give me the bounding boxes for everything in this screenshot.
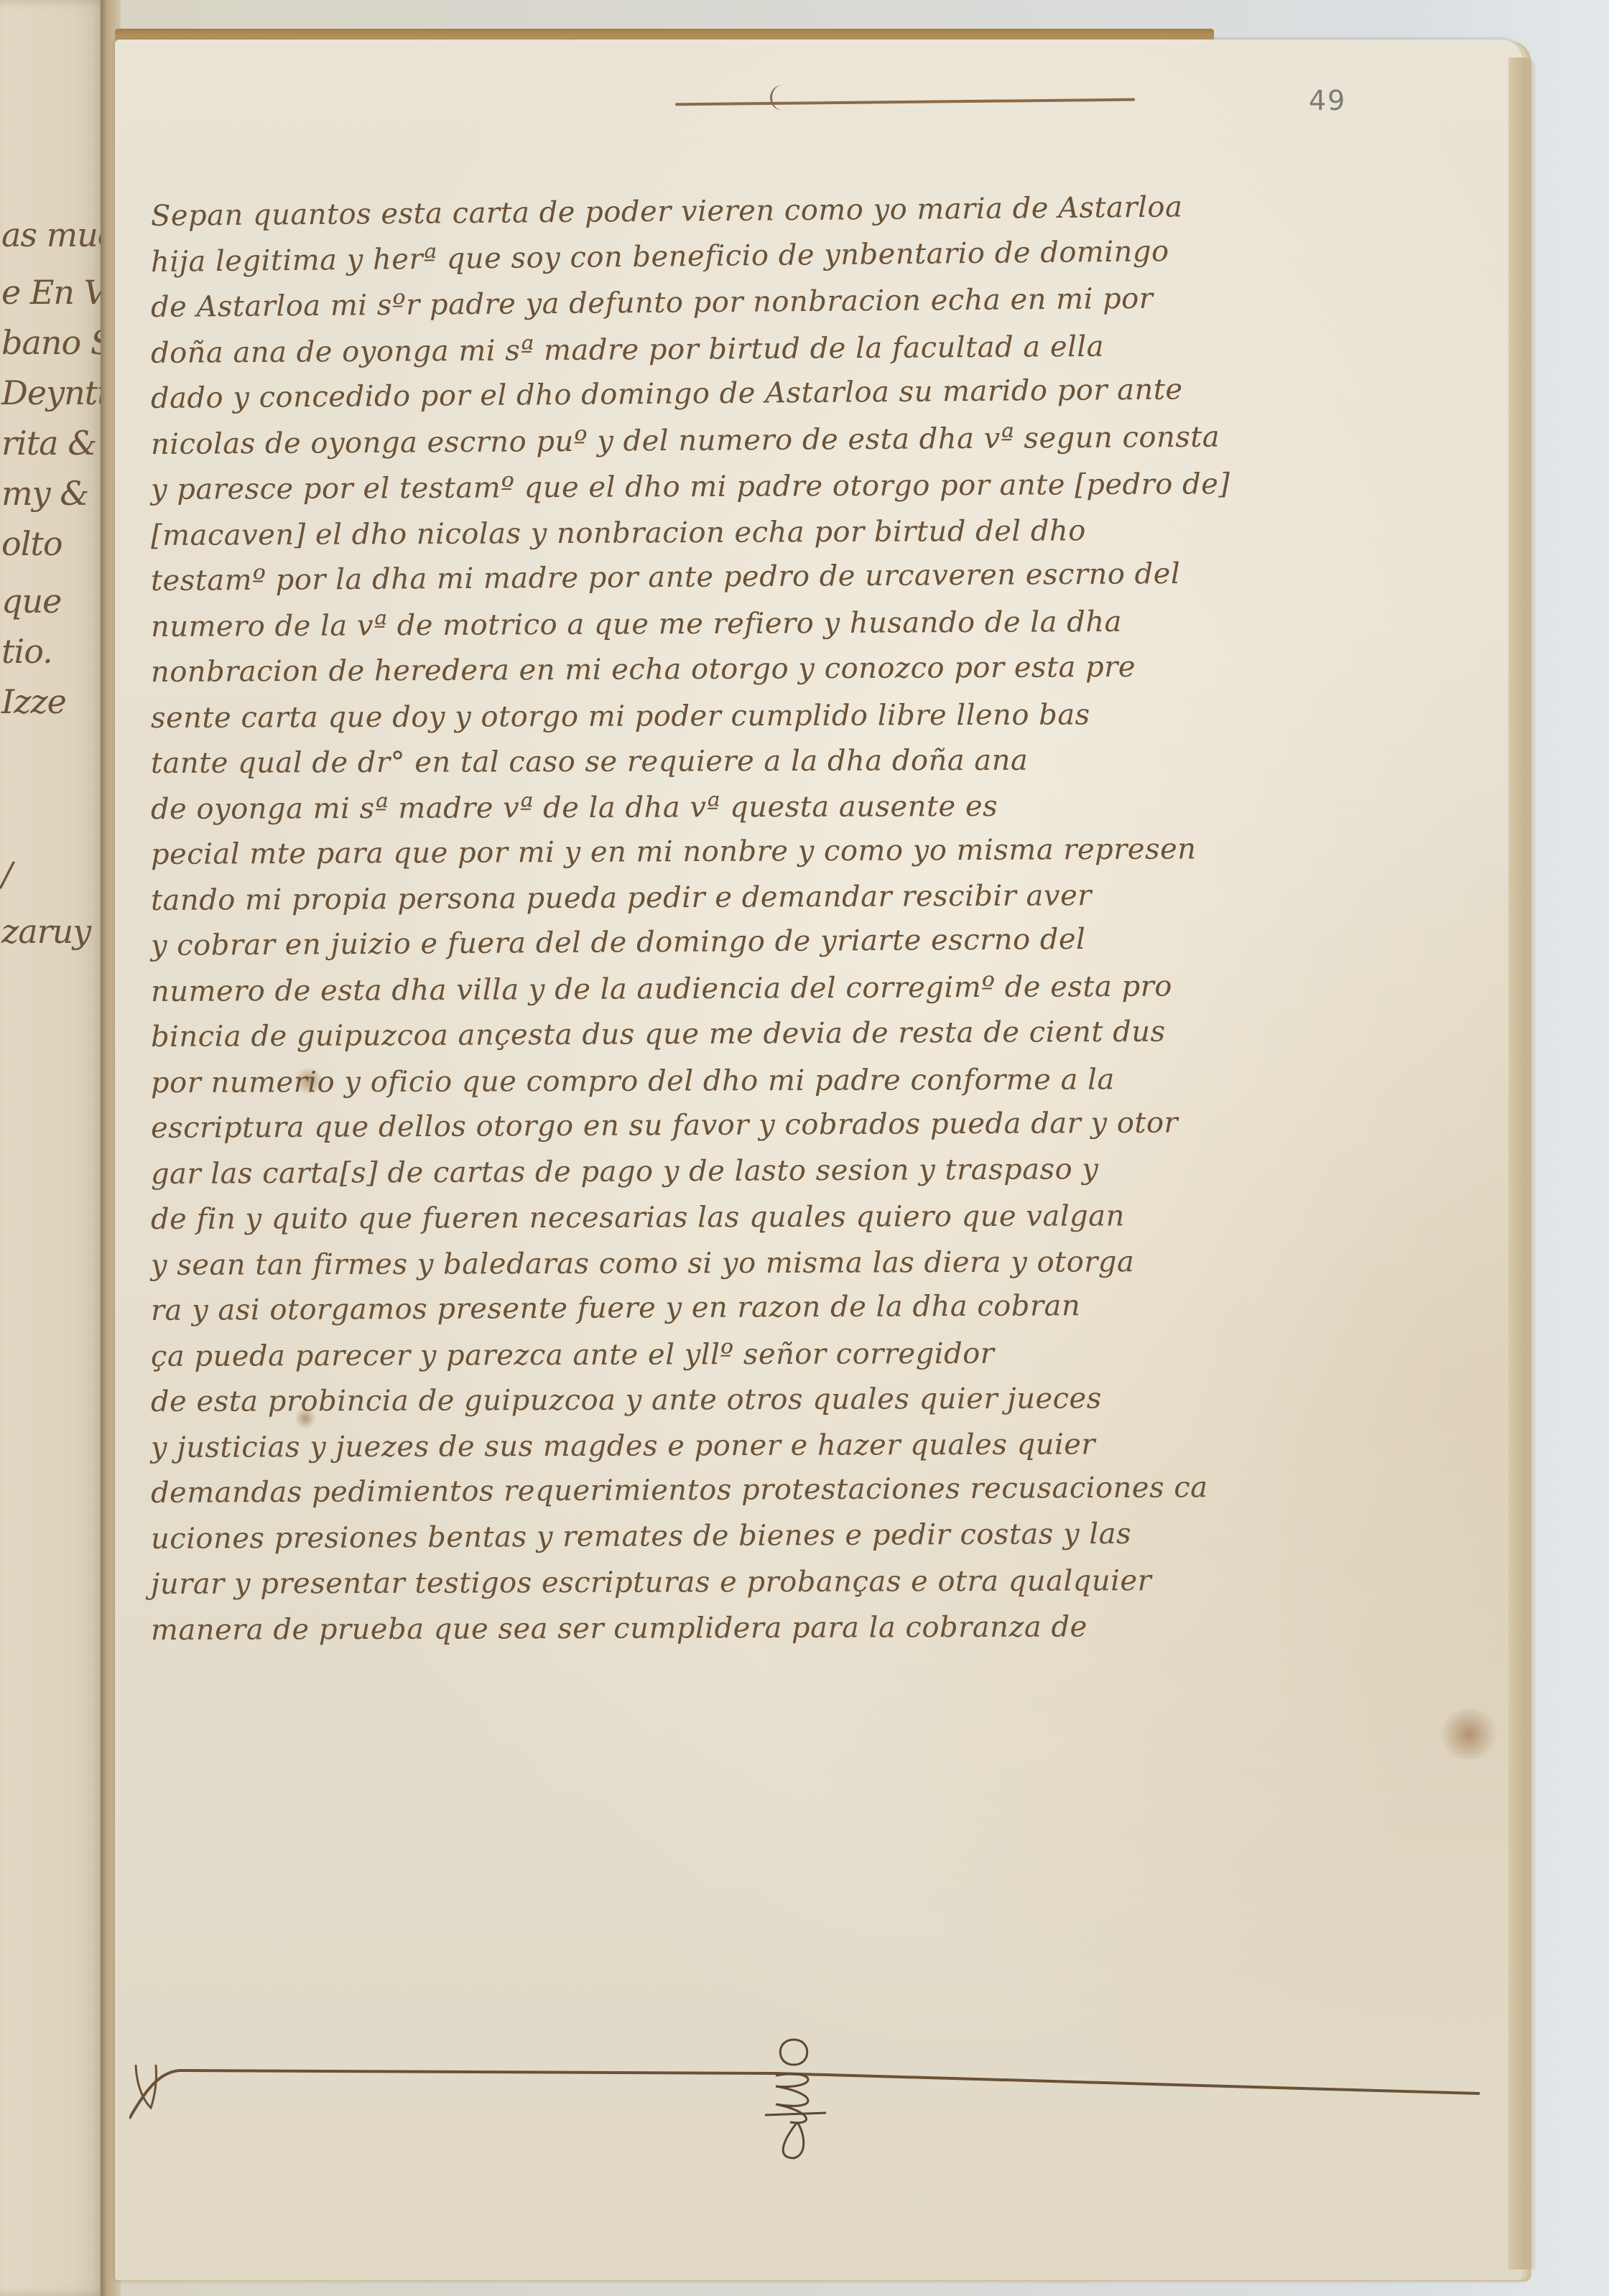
text-line: nicolas de oyonga escrno puº y del numer… [151,412,1516,468]
folio-number: 49 [1309,85,1346,116]
text-line: ra y asi otorgamos presente fuere y en r… [151,1281,1516,1334]
margin-fragment: Izze [1,682,66,721]
manuscript-text: Sepan quantos esta carta de poder vieren… [151,194,1516,1653]
text-line: de oyonga mi sª madre vª de la dha vª qu… [151,782,1516,832]
text-line: numero de la vª de motrico a que me refi… [151,598,1516,650]
text-line: de esta probincia de guipuzcoa y ante ot… [151,1375,1516,1425]
margin-fragment: my & [1,474,88,513]
text-line: tante qual de dr° en tal caso se requier… [151,736,1516,786]
text-line: uciones presiones bentas y remates de bi… [151,1510,1516,1562]
text-line: demandas pedimientos requerimientos prot… [151,1464,1516,1516]
text-line: sente carta que doy y otorgo mi poder cu… [151,691,1516,741]
text-line: gar las carta[s] de cartas de pago y de … [151,1145,1516,1197]
text-line: bincia de guipuzcoa ançesta dus que me d… [151,1008,1516,1060]
text-line: y cobrar en juizio e fuera del de doming… [151,914,1516,970]
margin-fragment: olto [1,524,62,563]
text-line: nonbracion de heredera en mi echa otorgo… [151,643,1516,695]
text-line: testamº por la dha mi madre por ante ped… [151,549,1516,605]
left-facing-page: as muebl e En Vtl bano Ste Deyntte rita … [0,0,108,2296]
margin-fragment: / [1,855,12,893]
text-line: ça pueda parecer y parezca ante el yllº … [151,1329,1516,1380]
text-line: y paresce por el testamº que el dho mi p… [151,460,1516,513]
text-line: manera de prueba que sea ser cumplidera … [151,1603,1516,1653]
text-line: de fin y quito que fueren necesarias las… [151,1192,1516,1242]
text-line: y justicias y juezes de sus magdes e pon… [151,1421,1516,1471]
text-line: y sean tan firmes y baledaras como si yo… [151,1238,1516,1288]
margin-fragment: que [1,582,61,621]
margin-fragment: rita & [1,424,96,463]
ink-stain [1437,1709,1501,1760]
signature-rubric [754,2032,833,2162]
text-line: numero de esta dha villa y de la audienc… [151,962,1516,1015]
margin-fragment: tio. [1,632,52,671]
text-line: pecial mte para que por mi y en mi nonbr… [151,825,1516,878]
text-line: jurar y presentar testigos escripturas e… [151,1557,1516,1607]
text-line: por numerio y oficio que compro del dho … [151,1056,1516,1106]
text-line: escriptura que dellos otorgo en su favor… [151,1099,1516,1151]
margin-fragment: zaruy [1,912,91,951]
